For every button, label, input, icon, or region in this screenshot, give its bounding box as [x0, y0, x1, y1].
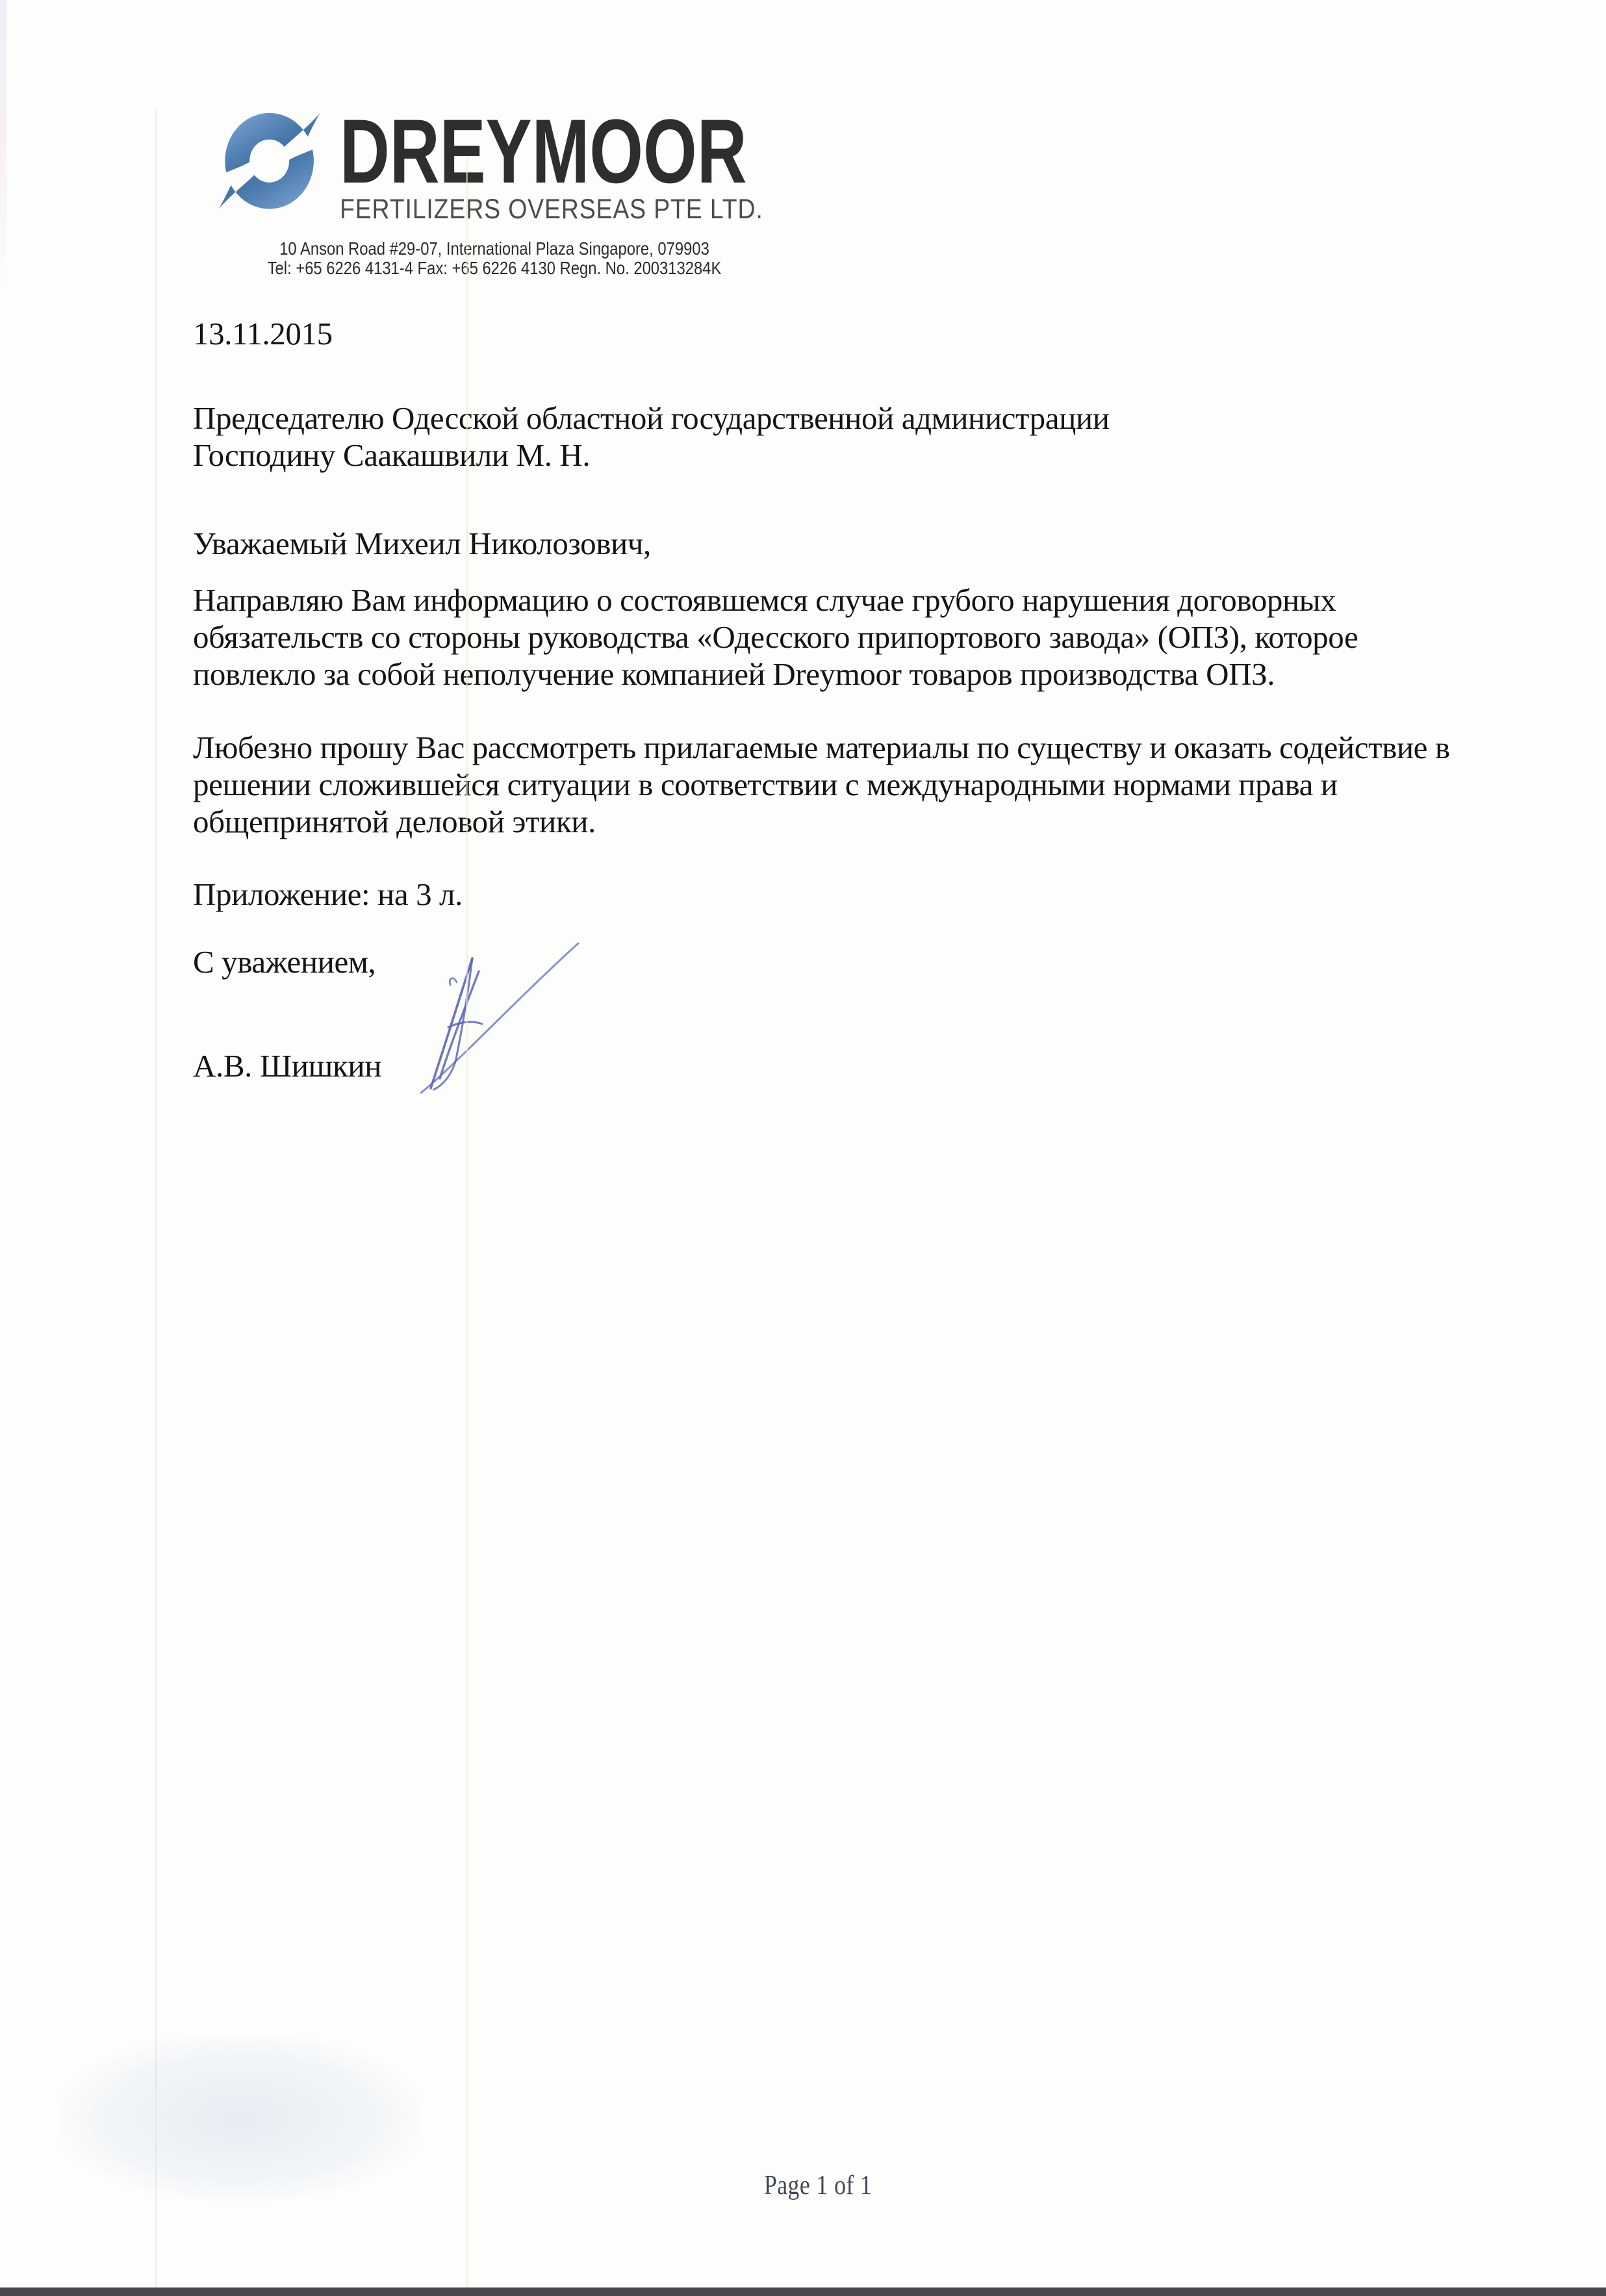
body-line: Любезно прошу Вас рассмотреть прилагаемы…: [193, 729, 1450, 766]
signer-name: А.В. Шишкин: [193, 1047, 381, 1084]
body-paragraph-2: Любезно прошу Вас рассмотреть прилагаемы…: [193, 729, 1450, 840]
body-line: Направляю Вам информацию о состоявшемся …: [193, 581, 1358, 619]
scan-artifact-vertical-line: [466, 156, 468, 2288]
scan-artifact-left-edge: [0, 0, 6, 292]
company-subtitle: FERTILIZERS OVERSEAS PTE LTD.: [340, 196, 763, 223]
addressee-line: Господину Саакашвили М. Н.: [193, 437, 1110, 474]
addressee-line: Председателю Одесской областной государс…: [193, 400, 1110, 437]
handwritten-signature-icon: [416, 941, 585, 1097]
dreymoor-logo-icon: [214, 104, 331, 231]
attachment-note: Приложение: на 3 л.: [193, 876, 463, 913]
letterhead-contacts: Tel: +65 6226 4131-4 Fax: +65 6226 4130 …: [260, 259, 730, 278]
body-line: решении сложившейся ситуации в соответст…: [193, 766, 1450, 803]
company-name: DREYMOOR: [340, 106, 747, 197]
scanned-letter-page: DREYMOOR FERTILIZERS OVERSEAS PTE LTD. 1…: [0, 0, 1606, 2296]
scan-artifact-smudge: [58, 2034, 422, 2202]
closing: С уважением,: [193, 943, 376, 980]
scan-artifact-vertical-line: [155, 110, 157, 2288]
salutation: Уважаемый Михеил Николозович,: [193, 525, 651, 562]
letterhead-address-block: 10 Anson Road #29-07, International Plaz…: [218, 239, 771, 278]
body-line: повлекло за собой неполучение компанией …: [193, 656, 1358, 693]
scan-artifact-bottom-strip: [0, 2287, 1606, 2296]
body-line: общепринятой деловой этики.: [193, 803, 1450, 840]
page-number: Page 1 of 1: [764, 2170, 872, 2201]
letter-date: 13.11.2015: [193, 315, 333, 352]
body-paragraph-1: Направляю Вам информацию о состоявшемся …: [193, 581, 1358, 693]
letterhead-address: 10 Anson Road #29-07, International Plaz…: [260, 239, 730, 259]
addressee-block: Председателю Одесской областной государс…: [193, 400, 1110, 474]
body-line: обязательств со стороны руководства «Оде…: [193, 619, 1358, 656]
